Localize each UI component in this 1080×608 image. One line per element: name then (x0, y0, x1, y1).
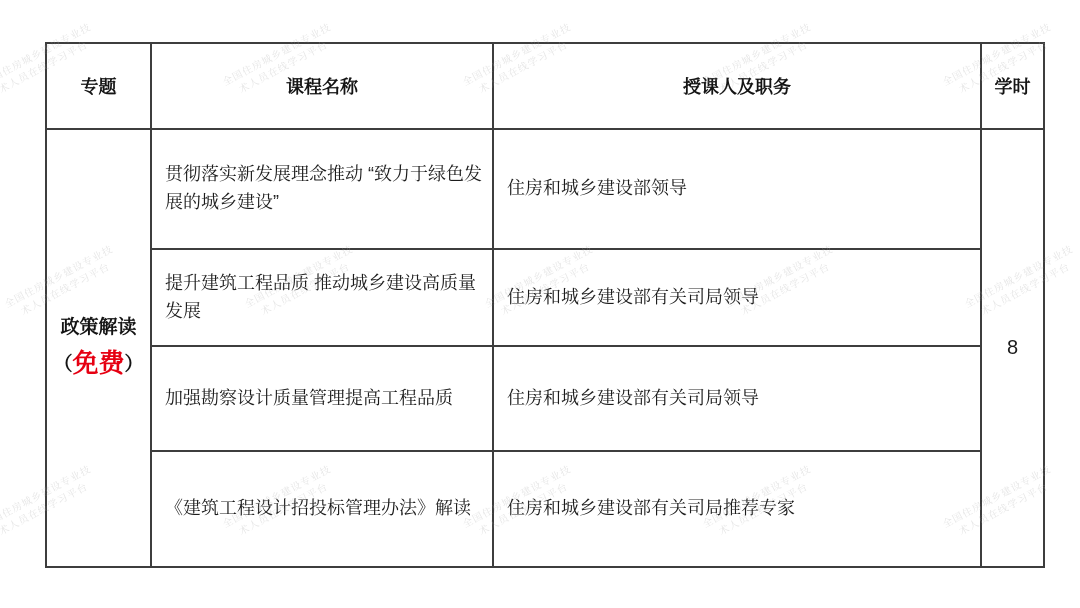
instructor-cell: 住房和城乡建设部有关司局推荐专家 (493, 451, 981, 567)
header-hours: 学时 (981, 43, 1044, 129)
table-row: 提升建筑工程品质 推动城乡建设高质量发展 住房和城乡建设部有关司局领导 (46, 249, 1044, 346)
course-cell: 加强勘察设计质量管理提高工程品质 (151, 346, 493, 451)
course-schedule-table: 专题 课程名称 授课人及职务 学时 政策解读 （免费） 贯彻落实新发展理念推动 … (45, 42, 1045, 568)
table-header-row: 专题 课程名称 授课人及职务 学时 (46, 43, 1044, 129)
page: { "colors": { "border": "#3d3d3d", "text… (0, 0, 1080, 608)
table-row: 加强勘察设计质量管理提高工程品质 住房和城乡建设部有关司局领导 (46, 346, 1044, 451)
table-row: 《建筑工程设计招投标管理办法》解读 住房和城乡建设部有关司局推荐专家 (46, 451, 1044, 567)
topic-title: 政策解读 (48, 313, 149, 342)
table-row: 政策解读 （免费） 贯彻落实新发展理念推动 “致力于绿色发展的城乡建设” 住房和… (46, 129, 1044, 249)
paren-close: ） (125, 354, 144, 375)
topic-cell: 政策解读 （免费） (46, 129, 151, 567)
course-cell: 提升建筑工程品质 推动城乡建设高质量发展 (151, 249, 493, 346)
course-cell: 《建筑工程设计招投标管理办法》解读 (151, 451, 493, 567)
paren-open: （ (53, 354, 72, 375)
instructor-cell: 住房和城乡建设部领导 (493, 129, 981, 249)
header-instructor: 授课人及职务 (493, 43, 981, 129)
hours-cell: 8 (981, 129, 1044, 567)
topic-free-line: （免费） (48, 343, 149, 383)
course-cell: 贯彻落实新发展理念推动 “致力于绿色发展的城乡建设” (151, 129, 493, 249)
free-label: 免费 (72, 348, 124, 378)
header-course-name: 课程名称 (151, 43, 493, 129)
instructor-cell: 住房和城乡建设部有关司局领导 (493, 249, 981, 346)
header-topic: 专题 (46, 43, 151, 129)
instructor-cell: 住房和城乡建设部有关司局领导 (493, 346, 981, 451)
